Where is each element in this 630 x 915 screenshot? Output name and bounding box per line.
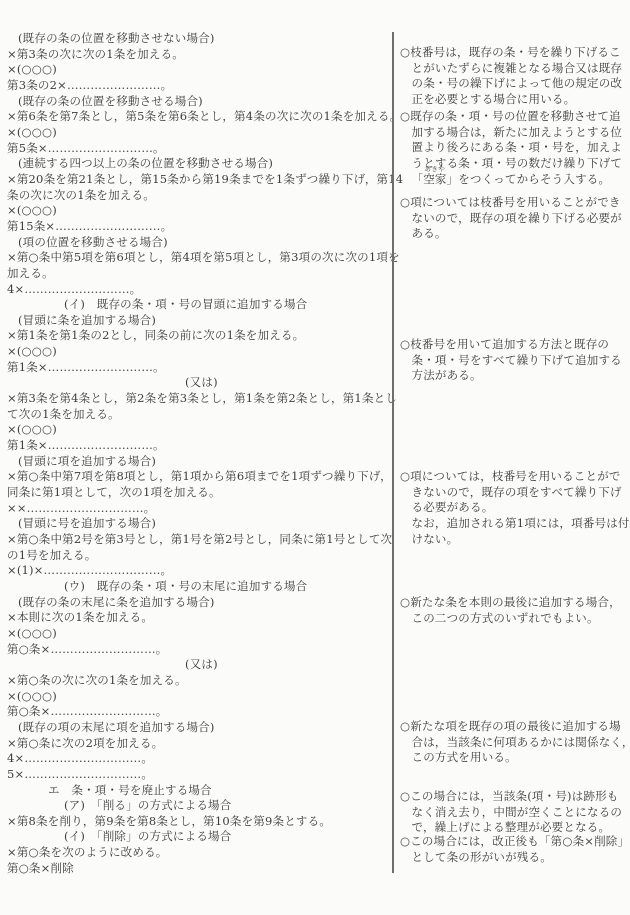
note-text-line: ○枝番号を用いて追加する方法と既存の (400, 337, 629, 353)
note-text-line: この二つの方式のいずれでもよい。 (400, 611, 629, 627)
left-text-line: 4×………………………。 (7, 282, 389, 298)
left-text-line: ×(1)×…………………………。 (7, 563, 389, 579)
ruby-base-akiya: 空家あきや (423, 172, 446, 186)
note-text-line: 条・項・号をすべて繰り下げて追加する (400, 353, 629, 369)
note-text-line: 「空家あきや」をつくってからそう入する。 (400, 172, 629, 188)
note-text-line: ある。 (400, 226, 629, 242)
left-text-line: エ 条・項・号を廃止する場合 (48, 783, 389, 799)
left-text-line: ×第○条中第2号を第3号とし，第1号を第2号とし，同条に第1号として次 (7, 532, 389, 548)
left-text-line: て次の1条を加える。 (7, 407, 389, 423)
note-text-line: ○この場合には，改正後も「第○条×削除」 (400, 834, 629, 850)
note-text-line: ○既存の条・項・号の位置を移動させて追 (400, 109, 629, 125)
left-text-line: (既存の条の位置を移動させる場合) (18, 94, 389, 110)
left-text-line: ××…………………………。 (7, 501, 389, 517)
left-text-line: (冒頭に号を追加する場合) (18, 516, 389, 532)
left-text-line: ×(○○○) (7, 422, 389, 438)
note-text-line: この方式を用いる。 (400, 750, 629, 766)
left-text-line: ×第6条を第7条とし，第5条を第6条とし，第4条の次に次の1条を加える。 (7, 109, 389, 125)
left-text-line: (イ) 既存の条・項・号の冒頭に追加する場合 (64, 297, 389, 313)
margin-note: ○既存の条・項・号の位置を移動させて追加する場合は，新たに加えようとする位置より… (400, 109, 629, 187)
note-text-line: けない。 (400, 532, 629, 548)
left-text-line: ×(○○○) (7, 125, 389, 141)
left-text-line: (ア) 「削る」の方式による場合 (64, 798, 389, 814)
left-text-line: (冒頭に条を追加する場合) (18, 313, 389, 329)
left-text-line: (既存の条の末尾に条を追加する場合) (18, 595, 389, 611)
column-divider-rule (392, 32, 394, 873)
note-text-line: ○項については枝番号を用いることができ (400, 195, 629, 211)
margin-note: ○新たな条を本則の最後に追加する場合，この二つの方式のいずれでもよい。 (400, 595, 629, 626)
left-text-line: 第1条×………………………。 (7, 360, 389, 376)
left-text-line: (項の位置を移動させる場合) (18, 235, 389, 251)
note-text-line: 合は，当該条に何項あるかには関係なく， (400, 735, 629, 751)
note-text-line: 方法がある。 (400, 368, 629, 384)
note-text-line: の条・号の繰下げによって他の規定の改 (400, 76, 629, 92)
note-text-line: とがいたずらに複雑となる場合又は既存 (400, 61, 629, 77)
left-text-line: ×(○○○) (7, 62, 389, 78)
note-text-line: る必要がある。 (400, 500, 629, 516)
left-text-line: 4×…………………………。 (7, 751, 389, 767)
note-text-line: なお，追加される第1項には，項番号は付 (400, 516, 629, 532)
left-column: (既存の条の位置を移動させない場合)×第3条の次に次の1条を加える。×(○○○)… (7, 31, 389, 876)
left-text-line: ×第○条に次の2項を加える。 (7, 736, 389, 752)
left-text-line: 第15条×………………………。 (7, 219, 389, 235)
left-text-line: 第1条×………………………。 (7, 438, 389, 454)
left-text-line: ×第1条を第1条の2とし，同条の前に次の1条を加える。 (7, 328, 389, 344)
left-text-line: ×第○条中第5項を第6項とし，第4項を第5項とし，第3項の次に次の1項を (7, 250, 389, 266)
left-text-line: 同条に第1項として，次の1項を加える。 (7, 485, 389, 501)
document-page: (既存の条の位置を移動させない場合)×第3条の次に次の1条を加える。×(○○○)… (0, 0, 630, 915)
left-text-line: 第○条×削除 (7, 861, 389, 877)
left-text-line: ×第○条中第7項を第8項とし，第1項から第6項までを1項ずつ繰り下げ， (7, 469, 389, 485)
margin-note: ○この場合には，改正後も「第○条×削除」として条の形がいが残る。 (400, 834, 629, 865)
note-text-line: ○新たな項を既存の項の最後に追加する場 (400, 719, 629, 735)
left-text-line: ×(○○○) (7, 203, 389, 219)
left-text-line: (連続する四つ以上の条の位置を移動させる場合) (18, 156, 389, 172)
left-text-line: ×第○条の次に次の1条を加える。 (7, 673, 389, 689)
left-text-line: ×(○○○) (7, 689, 389, 705)
note-text-line: 加する場合は，新たに加えようとする位 (400, 125, 629, 141)
ruby-furigana: あきや (424, 166, 445, 173)
left-text-line: 加える。 (7, 266, 389, 282)
left-text-line: (又は) (185, 375, 389, 391)
left-text-line: (既存の項の末尾に項を追加する場合) (18, 720, 389, 736)
left-text-line: 第○条×………………………。 (7, 642, 389, 658)
margin-note: ○項については，枝番号を用いることができないので，既存の項をすべて繰り下げる必要… (400, 469, 629, 547)
left-text-line: 5×…………………………。 (7, 767, 389, 783)
note-text-line: きないので，既存の項をすべて繰り下げ (400, 485, 629, 501)
left-text-line: ×第20条を第21条とし，第15条から第19条までを1条ずつ繰り下げ，第14 (7, 172, 389, 188)
note-text-line: 正を必要とする場合に用いる。 (400, 92, 629, 108)
note-text-line: ないので，既存の項を繰り下げる必要が (400, 211, 629, 227)
left-text-line: (既存の条の位置を移動させない場合) (18, 31, 389, 47)
left-text-line: ×第3条を第4条とし，第2条を第3条とし，第1条を第2条とし，第1条とし (7, 391, 389, 407)
margin-note: ○この場合には，当該条(項・号)は跡形もなく消え去り，中間が空くことになるので，… (400, 789, 629, 836)
left-text-line: (又は) (185, 657, 389, 673)
note-text-line: 置より後ろにある条・項・号を，加えよ (400, 140, 629, 156)
left-text-line: ×第8条を削り，第9条を第8条とし，第10条を第9条とする。 (7, 814, 389, 830)
left-text-line: 第5条×………………………。 (7, 141, 389, 157)
note-text-line: ○枝番号は，既存の条・号を繰り下げるこ (400, 45, 629, 61)
left-text-line: (冒頭に項を追加する場合) (18, 454, 389, 470)
left-text-line: ×第○条を次のように改める。 (7, 845, 389, 861)
left-text-line: ×(○○○) (7, 626, 389, 642)
note-text-line: ○この場合には，当該条(項・号)は跡形も (400, 789, 629, 805)
left-text-line: 第3条の2×……………………。 (7, 78, 389, 94)
left-text-line: (イ) 「削除」の方式による場合 (64, 829, 389, 845)
margin-note: ○項については枝番号を用いることができないので，既存の項を繰り下げる必要がある。 (400, 195, 629, 242)
note-text-line: ○項については，枝番号を用いることがで (400, 469, 629, 485)
margin-note: ○枝番号は，既存の条・号を繰り下げることがいたずらに複雑となる場合又は既存の条・… (400, 45, 629, 108)
note-text-line: ○新たな条を本則の最後に追加する場合， (400, 595, 629, 611)
note-text-line: なく消え去り，中間が空くことになるの (400, 805, 629, 821)
left-text-line: 条の次に次の1条を加える。 (7, 188, 389, 204)
left-text-line: ×(○○○) (7, 344, 389, 360)
margin-note: ○新たな項を既存の項の最後に追加する場合は，当該条に何項あるかには関係なく，この… (400, 719, 629, 766)
left-text-line: (ウ) 既存の条・項・号の末尾に追加する場合 (64, 579, 389, 595)
margin-note: ○枝番号を用いて追加する方法と既存の条・項・号をすべて繰り下げて追加する方法があ… (400, 337, 629, 384)
note-text-line: として条の形がいが残る。 (400, 850, 629, 866)
left-text-line: 第○条×………………………。 (7, 704, 389, 720)
left-text-line: の1号を加える。 (7, 548, 389, 564)
left-text-line: ×第3条の次に次の1条を加える。 (7, 47, 389, 63)
left-text-line: ×本則に次の1条を加える。 (7, 610, 389, 626)
